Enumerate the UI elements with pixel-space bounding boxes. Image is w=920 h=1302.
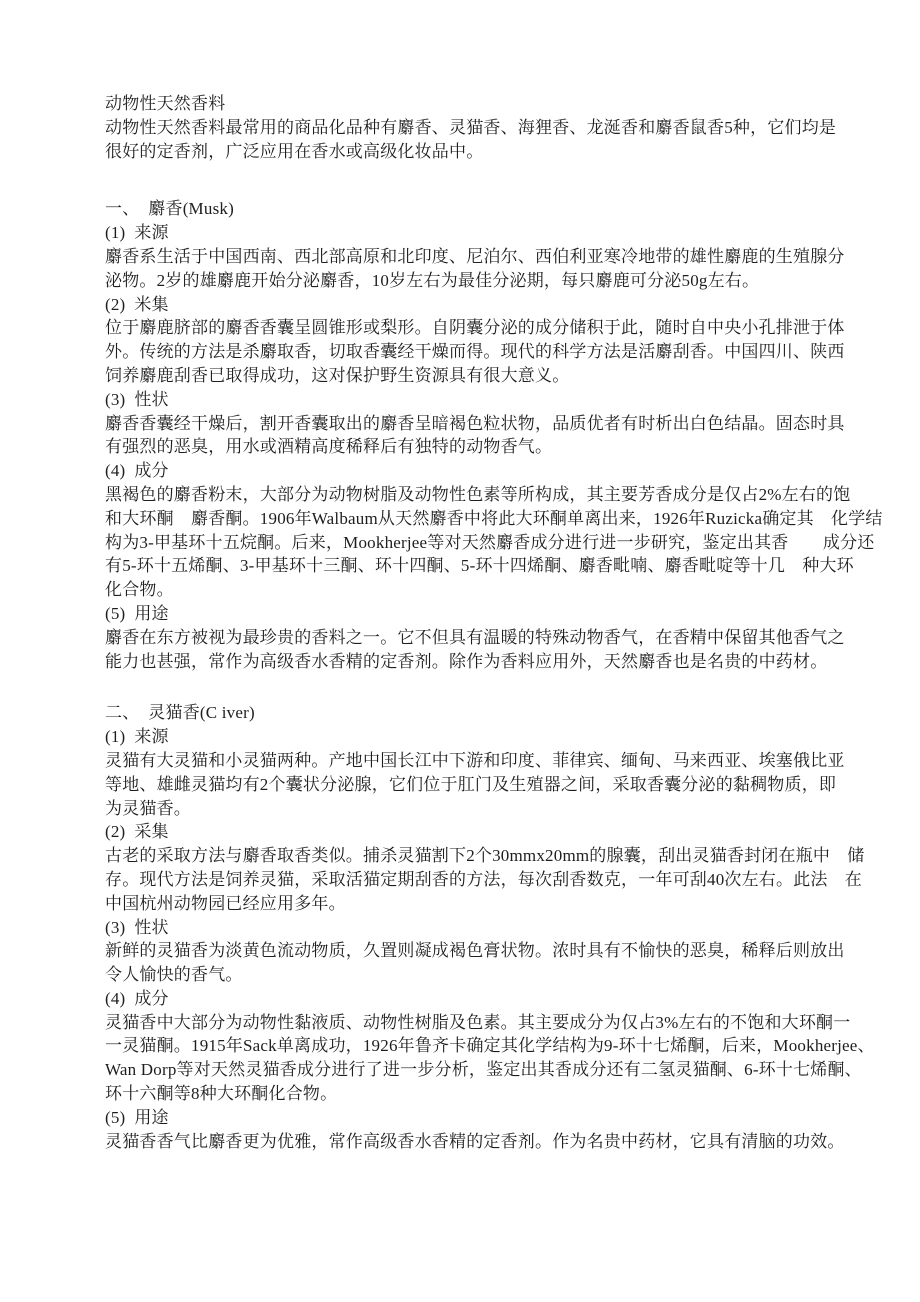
text-line: 令人愉快的香气。 bbox=[105, 963, 850, 987]
text-line: 化合物。 bbox=[105, 578, 850, 602]
text-line: 一、 麝香(Musk) bbox=[105, 197, 850, 221]
text-line: 灵猫香中大部分为动物性黏液质、动物性树脂及色素。其主要成分为仅占3%左右的不饱和… bbox=[105, 1011, 850, 1035]
text-line: 麝香系生活于中国西南、西北部高原和北印度、尼泊尔、西伯利亚寒冷地带的雄性麝鹿的生… bbox=[105, 245, 850, 269]
text-line: 环十六酮等8种大环酮化合物。 bbox=[105, 1082, 850, 1106]
text-line: 灵猫香香气比麝香更为优雅，常作高级香水香精的定香剂。作为名贵中药材，它具有清脑的… bbox=[105, 1130, 850, 1154]
text-line: (2) 采集 bbox=[105, 820, 850, 844]
text-line: 很好的定香剂，广泛应用在香水或高级化妆品中。 bbox=[105, 140, 850, 164]
text-line: 能力也甚强，常作为高级香水香精的定香剂。除作为香料应用外，天然麝香也是名贵的中药… bbox=[105, 650, 850, 674]
text-line: (5) 用途 bbox=[105, 602, 850, 626]
text-line: (3) 性状 bbox=[105, 916, 850, 940]
text-line: 一灵猫酮。1915年Sack单离成功，1926年鲁齐卡确定其化学结构为9-环十七… bbox=[105, 1034, 850, 1058]
text-line: 新鲜的灵猫香为淡黄色流动物质，久置则凝成褐色膏状物。浓时具有不愉快的恶臭，稀释后… bbox=[105, 939, 850, 963]
text-line: 古老的采取方法与麝香取香类似。捕杀灵猫割下2个30mmx20mm的腺囊，刮出灵猫… bbox=[105, 844, 850, 868]
text-line: 和大环酮 麝香酮。1906年Walbaum从天然麝香中将此大环酮单离出来，192… bbox=[105, 507, 850, 531]
text-line: 动物性天然香料最常用的商品化品种有麝香、灵猫香、海狸香、龙涎香和麝香鼠香5种，它… bbox=[105, 116, 850, 140]
text-line: 外。传统的方法是杀麝取香，切取香囊经干燥而得。现代的科学方法是活麝刮香。中国四川… bbox=[105, 340, 850, 364]
text-line: 为灵猫香。 bbox=[105, 797, 850, 821]
text-line: 饲养麝鹿刮香已取得成功，这对保护野生资源具有很大意义。 bbox=[105, 364, 850, 388]
text-line: 黑褐色的麝香粉末，大部分为动物树脂及动物性色素等所构成，其主要芳香成分是仅占2%… bbox=[105, 483, 850, 507]
text-line: 存。现代方法是饲养灵猫，采取活猫定期刮香的方法，每次刮香数克，一年可刮40次左右… bbox=[105, 868, 850, 892]
text-line: 二、 灵猫香(C iver) bbox=[105, 701, 850, 725]
document-title-line: 动物性天然香料 bbox=[105, 92, 850, 116]
text-line: (3) 性状 bbox=[105, 388, 850, 412]
blank-line bbox=[105, 163, 850, 197]
text-line: 位于麝鹿脐部的麝香香囊呈圆锥形或梨形。自阴囊分泌的成分储积于此，随时自中央小孔排… bbox=[105, 316, 850, 340]
text-line: Wan Dorp等对天然灵猫香成分进行了进一步分析，鉴定出其香成分还有二氢灵猫酮… bbox=[105, 1058, 850, 1082]
text-line: (5) 用途 bbox=[105, 1106, 850, 1130]
text-line: 中国杭州动物园已经应用多年。 bbox=[105, 892, 850, 916]
text-line: 麝香在东方被视为最珍贵的香料之一。它不但具有温暖的特殊动物香气，在香精中保留其他… bbox=[105, 626, 850, 650]
text-line: (1) 来源 bbox=[105, 725, 850, 749]
text-line: (1) 来源 bbox=[105, 221, 850, 245]
blank-line bbox=[105, 673, 850, 701]
text-line: 泌物。2岁的雄麝鹿开始分泌麝香，10岁左右为最佳分泌期，每只麝鹿可分泌50g左右… bbox=[105, 269, 850, 293]
text-line: 有强烈的恶臭，用水或酒精高度稀释后有独特的动物香气。 bbox=[105, 435, 850, 459]
text-line: 等地、雄雌灵猫均有2个囊状分泌腺，它们位于肛门及生殖器之间，采取香囊分泌的黏稠物… bbox=[105, 773, 850, 797]
text-line: 构为3-甲基环十五烷酮。后来，Mookherjee等对天然麝香成分进行进一步研究… bbox=[105, 531, 850, 555]
text-line: 灵猫有大灵猫和小灵猫两种。产地中国长江中下游和印度、菲律宾、缅甸、马来西亚、埃塞… bbox=[105, 749, 850, 773]
document-body: 动物性天然香料动物性天然香料最常用的商品化品种有麝香、灵猫香、海狸香、龙涎香和麝… bbox=[105, 92, 850, 1153]
text-line: 麝香香囊经干燥后，割开香囊取出的麝香呈暗褐色粒状物，品质优者有时析出白色结晶。固… bbox=[105, 412, 850, 436]
text-line: (4) 成分 bbox=[105, 459, 850, 483]
text-line: 有5-环十五烯酮、3-甲基环十三酮、环十四酮、5-环十四烯酮、麝香毗喃、麝香毗啶… bbox=[105, 554, 850, 578]
text-line: (4) 成分 bbox=[105, 987, 850, 1011]
document-page: 动物性天然香料动物性天然香料最常用的商品化品种有麝香、灵猫香、海狸香、龙涎香和麝… bbox=[0, 0, 920, 1302]
text-line: (2) 米集 bbox=[105, 293, 850, 317]
